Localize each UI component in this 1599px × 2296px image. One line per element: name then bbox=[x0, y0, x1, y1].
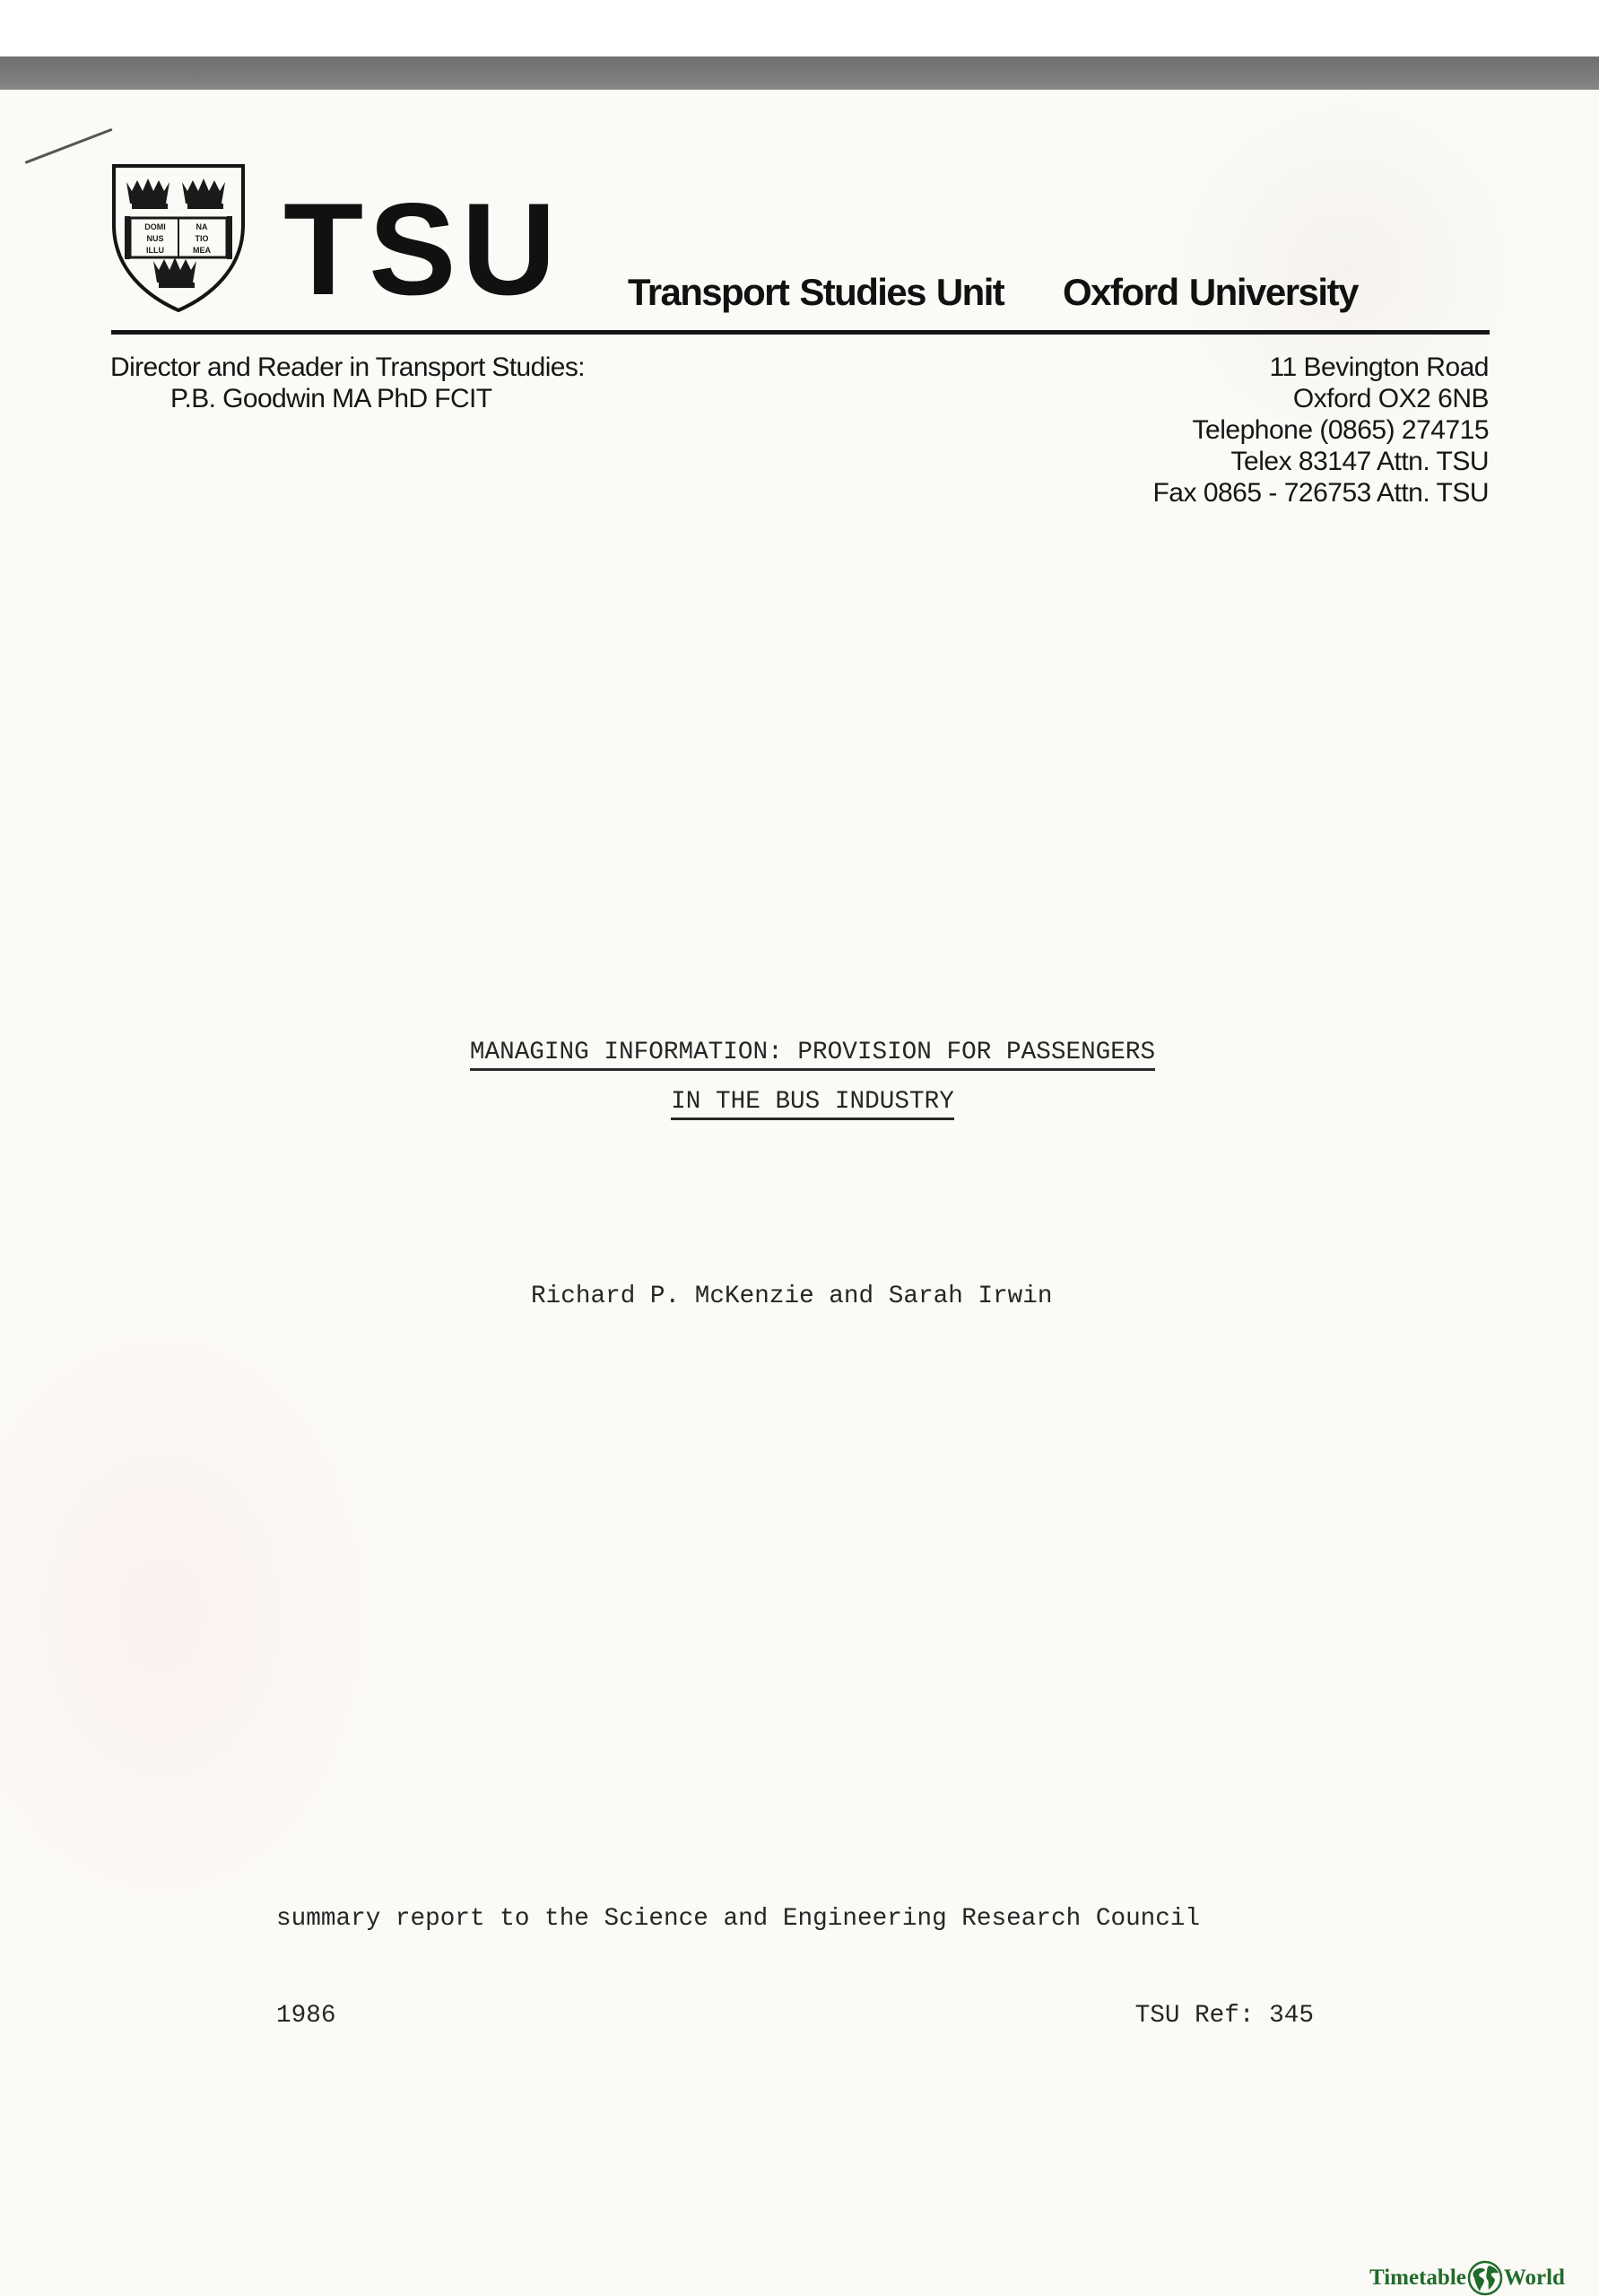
director-block: Director and Reader in Transport Studies… bbox=[110, 352, 585, 414]
header-rule bbox=[111, 330, 1490, 335]
report-summary: summary report to the Science and Engine… bbox=[276, 1905, 1200, 1934]
report-year: 1986 bbox=[276, 2002, 335, 2031]
svg-text:NA: NA bbox=[196, 222, 208, 231]
svg-text:DOMI: DOMI bbox=[144, 222, 166, 231]
globe-icon bbox=[1467, 2260, 1503, 2296]
report-reference: TSU Ref: 345 bbox=[1135, 2002, 1314, 2031]
address-fax: Fax 0865 - 726753 Attn. TSU bbox=[1152, 477, 1489, 509]
title-text-1: MANAGING INFORMATION: PROVISION FOR PASS… bbox=[470, 1039, 1155, 1071]
university-name: Oxford University bbox=[1063, 271, 1358, 314]
address-block: 11 Bevington Road Oxford OX2 6NB Telepho… bbox=[1152, 352, 1489, 509]
address-telex: Telex 83147 Attn. TSU bbox=[1152, 446, 1489, 477]
oxford-crest-icon: DOMI NUS ILLU NA TIO MEA bbox=[110, 162, 247, 313]
tsu-logo: TSU bbox=[283, 184, 561, 315]
report-authors: Richard P. McKenzie and Sarah Irwin bbox=[531, 1283, 1053, 1311]
svg-text:TIO: TIO bbox=[196, 234, 209, 243]
watermark-left-text: Timetable bbox=[1369, 2266, 1466, 2291]
svg-text:NUS: NUS bbox=[146, 234, 163, 243]
svg-text:MEA: MEA bbox=[193, 246, 212, 255]
address-street: 11 Bevington Road bbox=[1152, 352, 1489, 383]
address-telephone: Telephone (0865) 274715 bbox=[1152, 414, 1489, 446]
address-city: Oxford OX2 6NB bbox=[1152, 383, 1489, 414]
svg-text:ILLU: ILLU bbox=[146, 246, 164, 255]
scan-margin bbox=[0, 0, 1599, 57]
report-title-line-2: IN THE BUS INDUSTRY bbox=[0, 1088, 1599, 1117]
scanner-shadow-band bbox=[0, 57, 1599, 92]
report-title-line-1: MANAGING INFORMATION: PROVISION FOR PASS… bbox=[0, 1039, 1599, 1067]
director-role: Director and Reader in Transport Studies… bbox=[110, 352, 585, 383]
timetable-world-watermark: Timetable World bbox=[1369, 2258, 1565, 2296]
title-text-2: IN THE BUS INDUSTRY bbox=[671, 1088, 954, 1120]
watermark-right-text: World bbox=[1504, 2266, 1565, 2291]
director-name: P.B. Goodwin MA PhD FCIT bbox=[110, 383, 585, 414]
unit-name: Transport Studies Unit bbox=[628, 271, 1004, 314]
